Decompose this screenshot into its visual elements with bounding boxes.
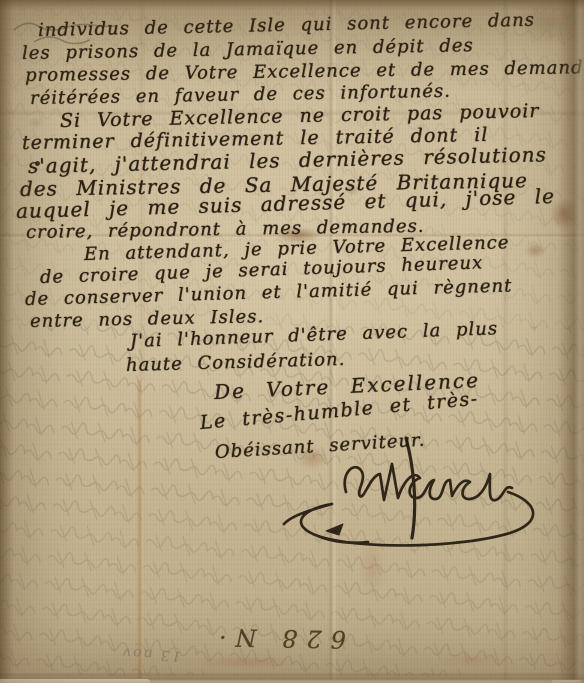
paper-edge-top — [0, 0, 584, 10]
closing-line: haute Considération. — [126, 351, 346, 375]
letter-scan-page: individus de cette Isle qui sont encore … — [0, 0, 584, 683]
scan-background-sliver — [0, 679, 150, 683]
letter-line: promesses de Votre Excellence et de mes … — [25, 59, 584, 85]
letter-text-block: individus de cette Isle qui sont encore … — [0, 0, 584, 683]
paper-edge-left — [0, 0, 14, 683]
signature: Dessalines — [268, 434, 578, 559]
ink-dot — [35, 161, 40, 166]
archival-number-upside-down: 628 N· — [203, 623, 353, 654]
paper-edge-right — [558, 0, 584, 683]
